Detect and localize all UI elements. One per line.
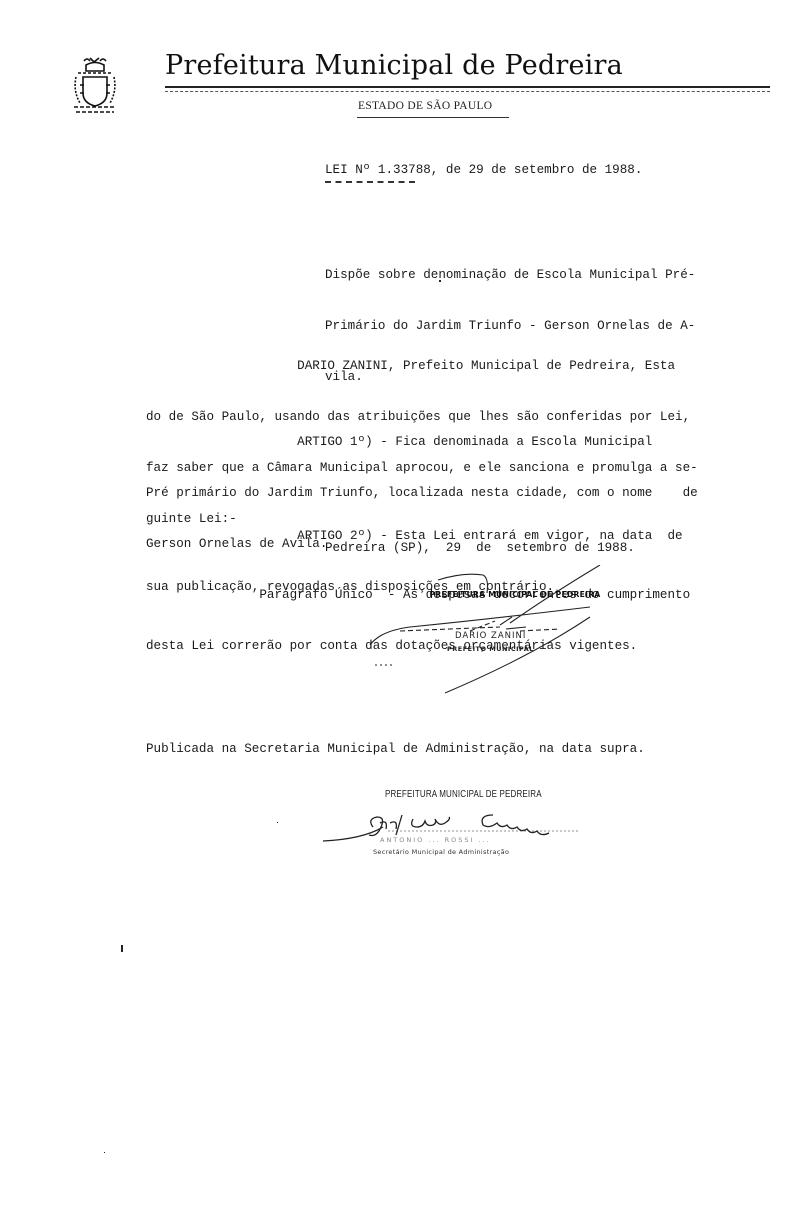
summary-line: Dispõe sobre denominação de Escola Munic… — [325, 267, 695, 284]
header-rule-dashed — [165, 91, 770, 92]
municipal-coat-of-arms-icon — [70, 55, 120, 117]
page-title: Prefeitura Municipal de Pedreira — [165, 50, 623, 81]
header-rule — [165, 86, 770, 88]
secretary-stamp: PREFEITURA MUNICIPAL DE PEDREIRA — [385, 789, 542, 800]
mayor-stamp: PREFEITURA MUNICIPAL DE PEDREIRA — [430, 590, 601, 599]
secretary-name: ANTONIO ... ROSSI ... — [380, 836, 491, 844]
mayor-name: DARIO ZANINI — [455, 631, 526, 641]
mayor-signature-icon — [360, 565, 620, 695]
text-line: ARTIGO 1º) - Fica denominada a Escola Mu… — [146, 434, 698, 451]
scan-speck — [439, 280, 441, 282]
scanned-law-document: Prefeitura Municipal de Pedreira ESTADO … — [0, 0, 800, 1210]
scan-speck — [104, 1152, 105, 1153]
scan-speck — [277, 822, 278, 823]
publication-note: Publicada na Secretaria Municipal de Adm… — [146, 742, 645, 756]
state-subtitle: ESTADO DE SÃO PAULO — [358, 100, 492, 112]
text-line: DARIO ZANINI, Prefeito Municipal de Pedr… — [146, 358, 698, 375]
law-number-heading: LEI Nº 1.33788, de 29 de setembro de 198… — [325, 163, 642, 177]
place-and-date: Pedreira (SP), 29 de setembro de 1988. — [325, 541, 635, 555]
scan-speck — [121, 945, 123, 952]
secretary-role: Secretário Municipal de Administração — [373, 848, 509, 856]
state-underline — [357, 117, 509, 118]
law-number-underline — [325, 181, 415, 183]
mayor-role: PREFEITO MUNICIPAL — [447, 645, 534, 653]
